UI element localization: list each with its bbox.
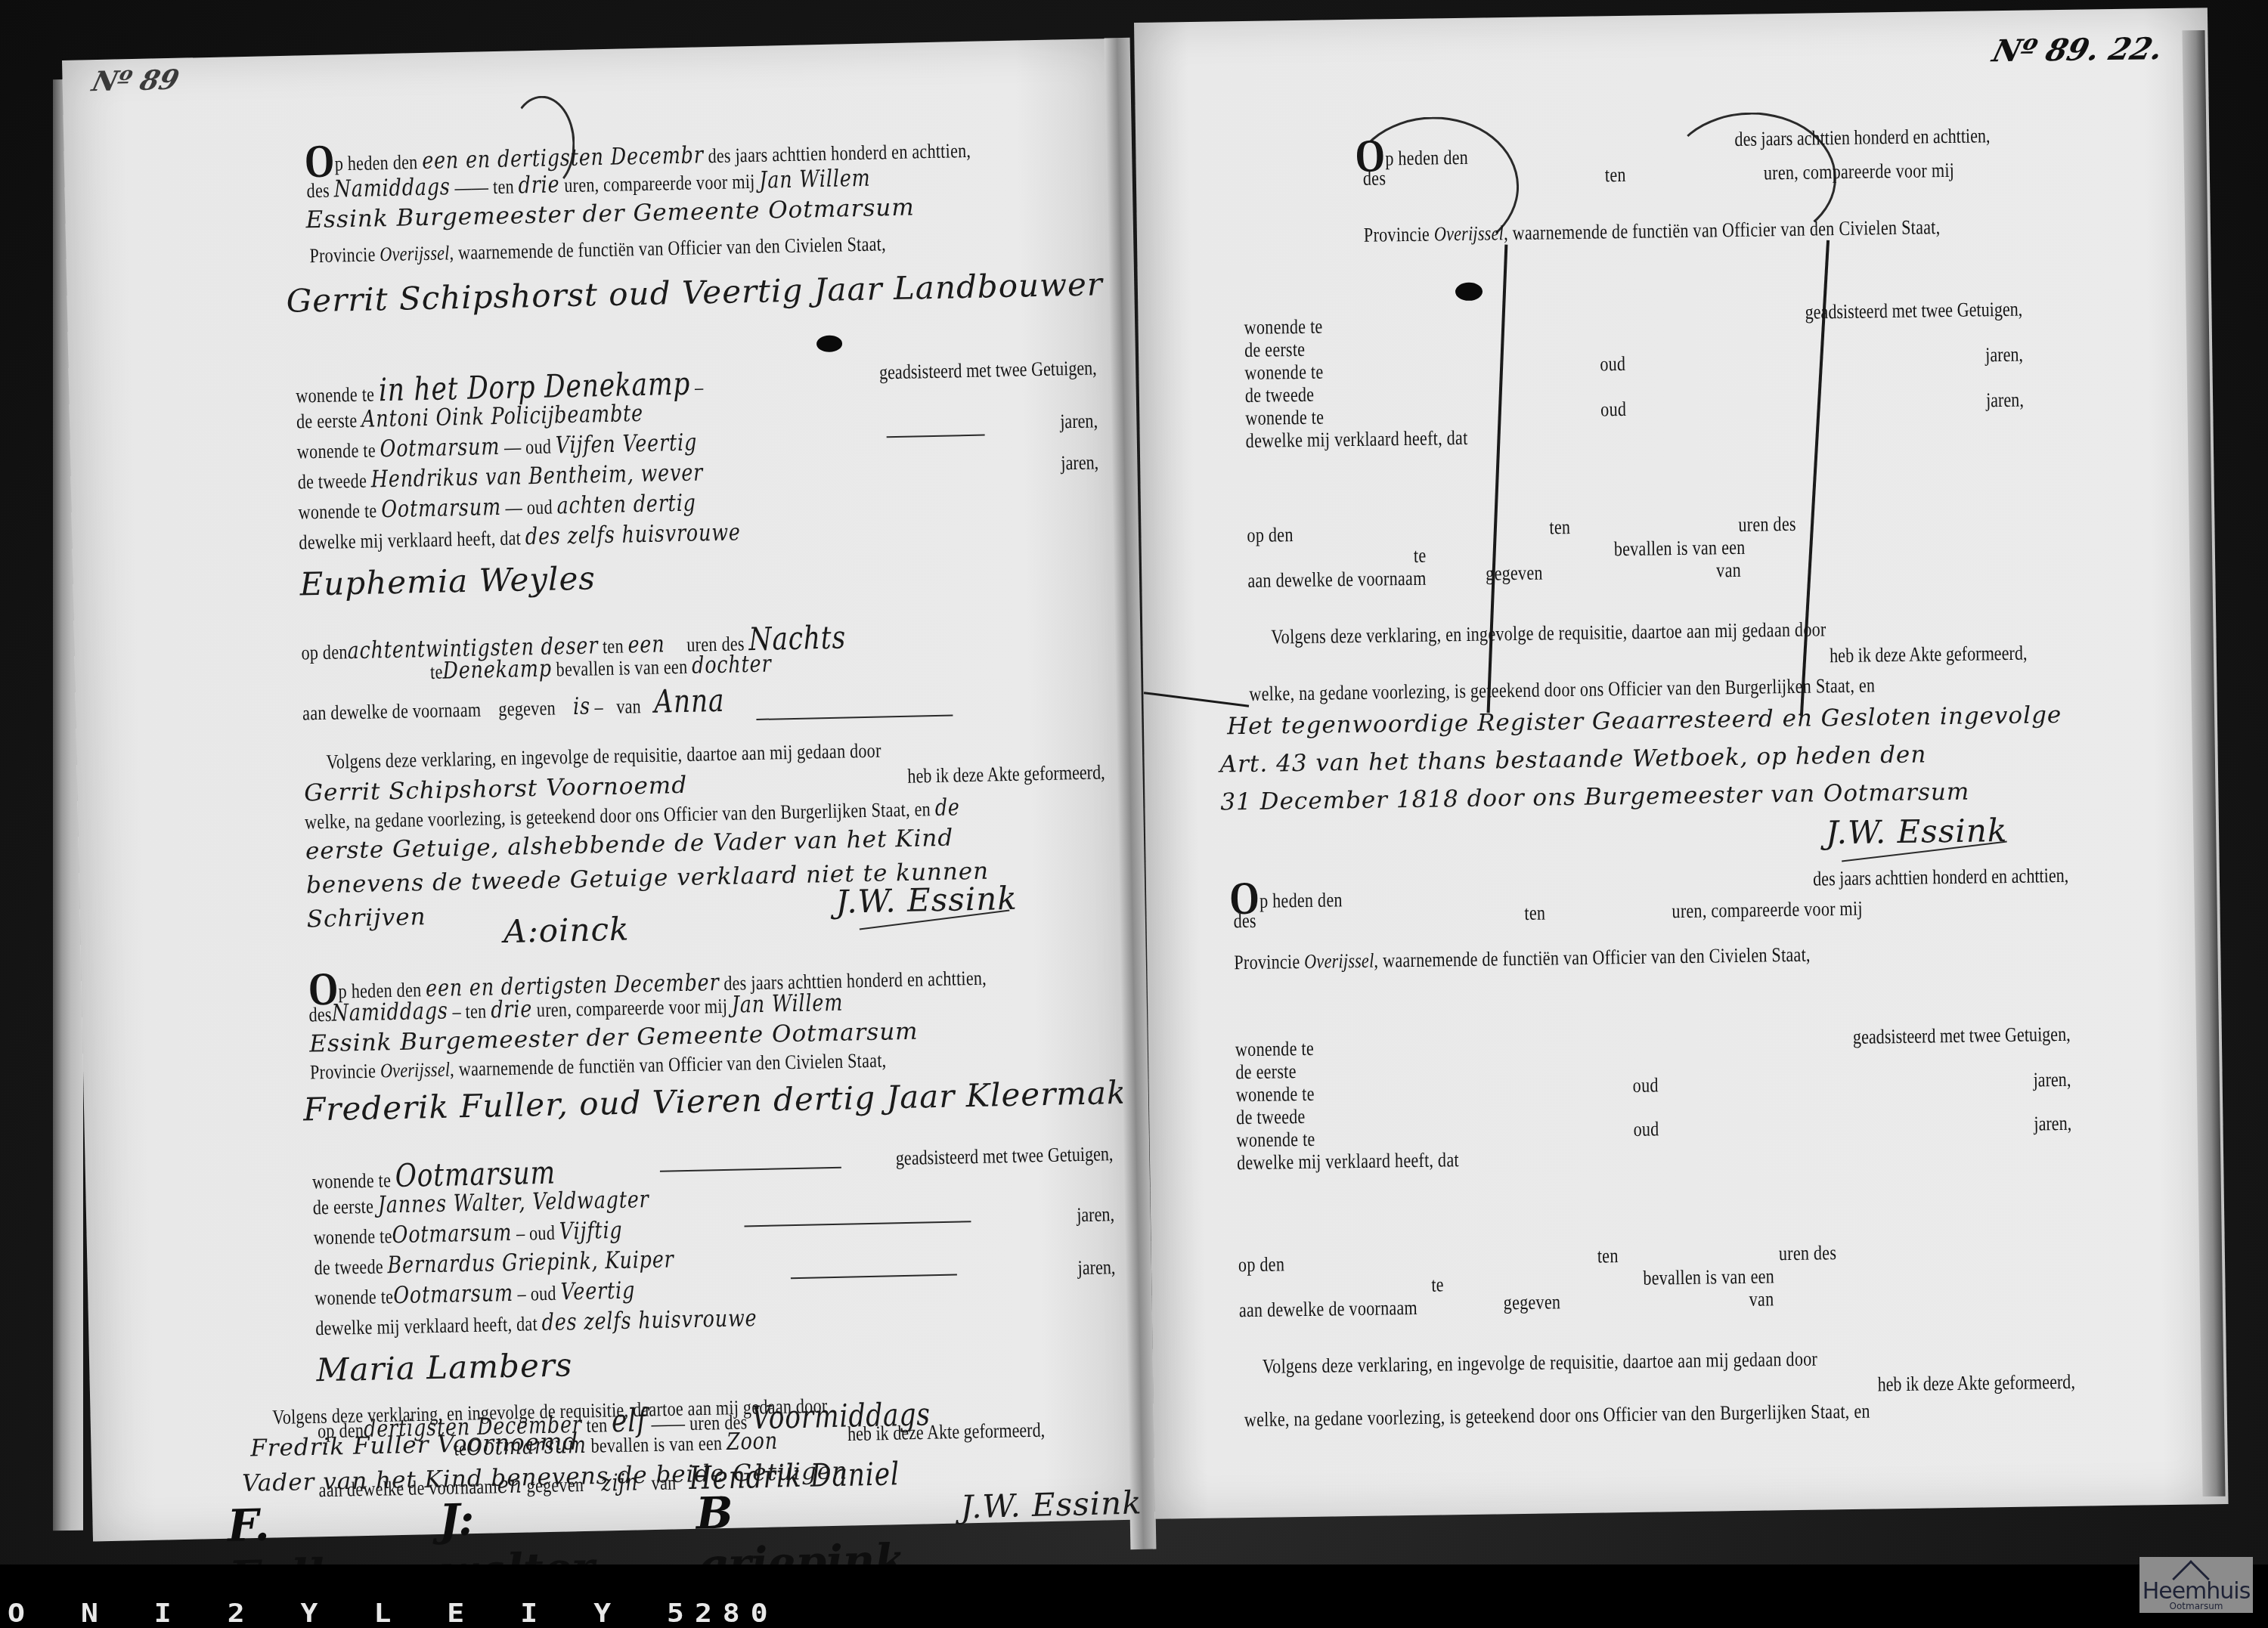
form-text: oud [1633,1117,1659,1141]
form-text: dewelke mij verklaard heeft, dat [1246,426,1468,453]
form-text: de eerste [1244,338,1306,362]
fill-line [791,1274,957,1280]
fill-line [887,435,985,438]
form-text: dewelke mij verklaard heeft, dat [1237,1148,1459,1175]
form-text: p heden den [1385,146,1468,170]
folio-number-right: Nº 89. 22. [1989,31,2167,69]
folio-number-left: Nº 89 [88,64,182,98]
form-text: wonende te [1244,315,1322,339]
form-text: uren, compareerde voor mij [1764,159,1955,185]
handwritten-hour: drie [518,171,560,199]
form-text: de eerste [313,1195,374,1219]
handwritten-officer: Jan Willem [732,989,844,1019]
film-code-char: N [81,1598,109,1628]
form-text: heb ik deze Akte geformeerd, [847,1419,1046,1446]
handwritten-closing: Schrijven [306,903,426,933]
form-text: oud [527,496,553,519]
form-text: uren, compareerde voor mij [537,995,728,1021]
form-text: de eerste [296,409,358,433]
form-text: jaren, [2034,1112,2071,1136]
handwritten-hour: drie [491,995,533,1023]
film-code-char: 5280 [667,1598,779,1628]
form-text: heb ik deze Akte geformeerd, [1878,1370,2076,1397]
form-text: jaren, [1985,343,2023,367]
form-text: van [1749,1287,1774,1311]
form-text: jaren, [1061,450,1098,475]
form-text: de tweede [314,1255,383,1279]
form-text: des jaars achttien honderd en achttien, [1734,124,1991,151]
form-text: Provincie [1234,950,1300,973]
form-text: oud [1600,352,1625,376]
form-text: te [430,661,443,683]
form-text: Overijssel [1434,221,1504,245]
form-text: jaren, [1078,1255,1116,1280]
form-text: wonende te [298,499,377,523]
form-text: wonende te [1245,406,1324,430]
witness-signature: A:oinck [503,911,630,950]
form-text: ten [1549,515,1570,539]
form-text: ten [465,1000,486,1023]
form-text: wonende te [297,438,376,463]
form-text: gegeven [1486,562,1543,586]
handwritten-mother: Maria Lambers [316,1346,573,1388]
handwritten-witness-2-age: Veertig [560,1277,635,1305]
form-text: des [1363,166,1387,190]
form-text: Overijssel [380,1058,451,1082]
form-text: dewelke mij verklaard heeft, dat [299,526,521,553]
form-text: Volgens deze verklaring, en ingevolge de… [1271,617,1826,648]
form-text: bevallen is van een [590,1431,722,1457]
form-text: gegeven [498,697,556,721]
form-text: op den [1238,1252,1285,1277]
form-text: wonende te [1244,361,1323,385]
form-text: wonende te [313,1224,392,1249]
handwritten-witness-1-age: Vijftig [559,1217,622,1246]
film-code-char: Y [593,1598,621,1628]
film-code-char: I [154,1598,182,1628]
form-text: oud [1632,1073,1658,1097]
handwritten-text: is [573,693,591,720]
form-text: , waarnemende de functiën van Officier v… [1374,943,1811,972]
form-text: Provincie [310,1060,376,1084]
form-text: uren, compareerde voor mij [1672,897,1863,924]
form-text: Volgens deze verklaring, en ingevolge de… [1263,1348,1818,1379]
form-text: geadsisteerd met twee Getuigen, [879,356,1097,384]
logo-place: Ootmarsum [2139,1601,2253,1611]
form-text: des jaars achttien honderd en achttien, [1813,864,2069,891]
handwritten-dagdeel: Namiddags [331,998,448,1027]
handwritten-closing-line: Art. 43 van het thans bestaande Wetboek,… [1219,741,1926,778]
form-text: oud [530,1282,556,1305]
form-text: oud [525,435,552,459]
handwritten-declarant: Gerrit Schipshorst oud Veertig Jaar Land… [286,265,1103,320]
form-text: , waarnemende de functiën van Officier v… [450,1048,887,1080]
form-text: Overijssel [1304,949,1374,973]
form-text: Provincie [309,243,376,267]
form-text: jaren, [1060,409,1098,433]
handwritten-closing-line: Het tegenwoordige Register Geaarresteerd… [1227,701,2062,740]
handwritten-witness-2-residence: Ootmarsum [381,494,501,523]
form-text: op den [301,640,348,664]
form-text: geadsisteerd met twee Getuigen, [1805,298,2023,324]
handwritten-witness-2: Bernardus Griepink, Kuiper [387,1246,674,1279]
handwritten-witness-1: Jannes Walter, Veldwagter [377,1186,649,1219]
closing-flourish [1144,692,1249,707]
heemhuis-logo: Heemhuis Ootmarsum [2139,1557,2253,1613]
handwritten-witness-1-residence: Ootmarsum [380,433,500,463]
form-text: ten [1605,163,1626,187]
film-code-char: E [447,1598,475,1628]
form-text: des [308,1003,332,1026]
fill-line [756,715,953,720]
form-text: ten [493,175,514,199]
form-text: van [1716,559,1741,582]
microfilm-code: ONI2YLEIY5280 [8,1598,824,1628]
film-code-char: 2 [228,1598,256,1628]
form-text: Provincie [1364,223,1430,246]
form-text: de tweede [1236,1105,1306,1129]
form-text: wonende te [296,382,375,407]
film-code-char: I [520,1598,548,1628]
film-code-char: L [373,1598,401,1628]
form-text: aan dewelke de voornaam [1247,567,1427,593]
form-text: bevallen is van een [556,655,687,681]
form-text: wonende te [1236,1128,1315,1152]
form-text: geadsisteerd met twee Getuigen, [896,1142,1114,1170]
form-text: jaren, [1986,388,2024,413]
form-text: p heden den [1259,888,1343,912]
handwritten-witness-1: Antoni Oink Policijbeambte [361,400,644,433]
fill-line [660,1167,841,1172]
left-page: Nº 89 Op heden den een en dertigsten Dec… [62,39,1151,1542]
form-text: bevallen is van een [1614,536,1746,561]
handwritten-child-sex: Zoon [727,1428,779,1456]
handwritten-child-name: Anna [654,682,725,720]
handwritten-statement: des zelfs huisvrouwe [541,1305,758,1336]
form-text: jaren, [1077,1202,1114,1227]
form-text: oud [529,1221,556,1245]
form-text: gegeven [1503,1290,1560,1314]
form-text: wonende te [1236,1082,1315,1106]
form-text: welke, na gedane voorlezing, is geteeken… [1244,1400,1870,1432]
form-text: op den [1247,523,1294,547]
fill-line [744,1221,971,1227]
handwritten-closing-line: 31 December 1818 door ons Burgemeester v… [1220,778,1969,816]
form-text: aan dewelke de voornaam [302,698,482,725]
right-page: Nº 89. 22. Op heden den des jaars achtti… [1134,8,2229,1519]
form-text: wonende te [1235,1037,1314,1061]
handwritten-dagdeel: Namiddags [333,173,451,203]
form-text: des jaars achttien honderd en achttien, [708,139,971,167]
handwritten-witness-2: Hendrikus van Bentheim, wever [370,459,703,493]
form-text: wonende te [314,1285,394,1309]
film-code-char: Y [301,1598,329,1628]
handwritten-witness-1-age: Vijfen Veertig [556,429,698,460]
handwritten-witness-2-age: achten dertig [556,490,696,520]
form-text: des [1233,909,1256,933]
form-text: heb ik deze Akte geformeerd, [1830,642,2028,668]
form-text: te [1431,1273,1444,1296]
form-text: welke, na gedane voorlezing, is geteeken… [1249,673,1875,706]
handwritten-witness-2-residence: Ootmarsum [393,1280,513,1309]
form-text: Overijssel [380,241,450,265]
form-text: uren des [1779,1241,1837,1265]
handwritten-birth-place: Denekamp [442,655,552,685]
form-text: van [616,695,641,718]
form-text: ten [1597,1244,1619,1267]
form-text: uren, compareerde voor mij [564,170,755,197]
form-text: p heden den [334,150,417,175]
handwritten-statement: des zelfs huisvrouwe [525,518,741,550]
form-text: wonende te [312,1168,392,1193]
form-text: de eerste [1235,1060,1297,1084]
handwritten-witness-1-residence: Ootmarsum [392,1219,512,1249]
officer-signature: J.W. Essink [835,880,1018,921]
film-code-char: O [8,1598,36,1628]
form-text: de tweede [1245,383,1315,407]
handwritten-officer: Jan Willem [759,165,871,194]
form-text: aan dewelke de voornaam [1239,1296,1418,1322]
form-text: Volgens deze verklaring, en ingevolge de… [326,739,881,774]
form-text: heb ik deze Akte geformeerd, [907,760,1105,788]
form-text: des [306,179,330,203]
form-text: , waarnemende de functiën van Officier v… [1504,215,1941,244]
officer-signature: J.W. Essink [960,1484,1142,1525]
form-text: ten [1524,902,1545,925]
form-text: oud [1600,398,1626,421]
handwritten-child-sex: dochter [692,651,772,679]
form-text: uren des [1738,512,1796,537]
form-text: geadsisteerd met twee Getuigen, [1853,1023,2071,1049]
form-text: de tweede [297,469,367,494]
form-text: jaren, [2034,1068,2071,1092]
ink-blot [816,335,842,352]
form-text: dewelke mij verklaard heeft, dat [315,1312,538,1339]
form-text: , waarnemende de functiën van Officier v… [449,232,886,264]
form-text: te [1414,544,1427,568]
handwritten-text: de [934,794,960,822]
form-text: bevallen is van een [1643,1264,1774,1289]
handwritten-mother: Euphemia Weyles [299,559,596,602]
ink-blot [1455,283,1483,302]
